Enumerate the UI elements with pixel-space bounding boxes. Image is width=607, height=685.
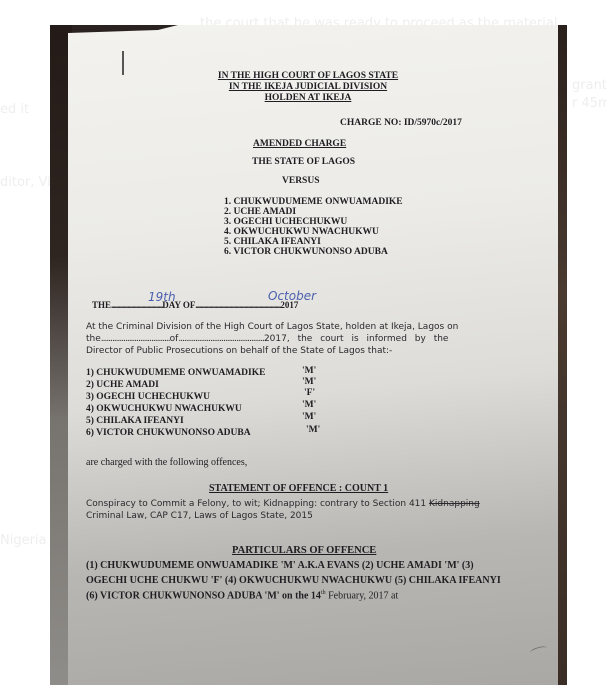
accused-sex: 'M' <box>302 400 316 410</box>
document-photo: IN THE HIGH COURT OF LAGOS STATE IN THE … <box>50 25 567 685</box>
date-the-label: THE <box>92 300 111 310</box>
defendant-item: 4. OKWUCHUKWU NWACHUKWU <box>224 227 379 237</box>
charged-line: are charged with the following offences, <box>86 457 247 468</box>
particulars-line: (6) VICTOR CHUKWUNONSO ADUBA 'M' on the … <box>86 590 398 601</box>
versus-label: VERSUS <box>282 176 320 186</box>
accused-sex: 'M' <box>302 412 316 422</box>
defendant-item: 6. VICTOR CHUKWUNONSO ADUBA <box>224 247 388 257</box>
struck-text: Kidnapping <box>429 499 480 509</box>
accused-name: 5) CHILAKA IFEANYI <box>86 416 184 426</box>
intro-line: At the Criminal Division of the High Cou… <box>86 322 458 332</box>
court-header-line: IN THE IKEJA JUDICIAL DIVISION <box>63 82 553 92</box>
background-text: r 45mi <box>572 96 607 111</box>
accused-sex: 'M' <box>306 425 320 435</box>
handwritten-month: October <box>268 289 316 303</box>
court-header-line: IN THE HIGH COURT OF LAGOS STATE <box>63 71 553 81</box>
statement-line: Conspiracy to Commit a Felony, to wit; K… <box>86 499 480 509</box>
defendant-item: 5. CHILAKA IFEANYI <box>224 237 321 247</box>
accused-sex: 'M' <box>302 377 316 387</box>
state-party: THE STATE OF LAGOS <box>252 157 355 167</box>
court-header-line: HOLDEN AT IKEJA <box>63 93 553 103</box>
intro-line: the.....................................… <box>86 334 448 344</box>
amended-charge-title: AMENDED CHARGE <box>253 139 346 149</box>
charge-sheet-paper: IN THE HIGH COURT OF LAGOS STATE IN THE … <box>68 25 558 685</box>
defendant-item: 3. OGECHI UCHECHUKWU <box>224 217 347 227</box>
accused-name: 1) CHUKWUDUMEME ONWUAMADIKE <box>86 368 265 378</box>
background-text: Nigeria <box>0 533 47 548</box>
intro-line: Director of Public Prosecutions on behal… <box>86 346 392 356</box>
accused-name: 2) UCHE AMADI <box>86 380 159 390</box>
particulars-heading: PARTICULARS OF OFFENCE <box>232 545 376 556</box>
particulars-line: (1) CHUKWUDUMEME ONWUAMADIKE 'M' A.K.A E… <box>86 560 474 571</box>
charge-sheet: IN THE HIGH COURT OF LAGOS STATE IN THE … <box>68 25 558 685</box>
paper-mark <box>529 645 548 656</box>
accused-sex: 'F' <box>304 388 315 398</box>
background-text: grant <box>572 78 607 93</box>
handwritten-day: 19th <box>148 290 176 304</box>
background-text: ditor, Vi <box>0 175 51 190</box>
defendant-item: 1. CHUKWUDUMEME ONWUAMADIKE <box>224 197 403 207</box>
charge-number: CHARGE NO: ID/5970c/2017 <box>340 118 462 128</box>
accused-name: 4) OKWUCHUKWU NWACHUKWU <box>86 404 242 414</box>
statement-line: Criminal Law, CAP C17, Laws of Lagos Sta… <box>86 511 313 521</box>
accused-name: 6) VICTOR CHUKWUNONSO ADUBA <box>86 428 251 438</box>
statement-of-offence-heading: STATEMENT OF OFFENCE : COUNT 1 <box>209 483 388 494</box>
accused-sex: 'M' <box>302 366 316 376</box>
defendant-item: 2. UCHE AMADI <box>224 207 296 217</box>
particulars-line: OGECHI UCHE CHUKWU 'F' (4) OKWUCHUKWU NW… <box>86 575 501 586</box>
background-text: ed it <box>0 102 29 117</box>
accused-name: 3) OGECHI UCHECHUKWU <box>86 392 210 402</box>
